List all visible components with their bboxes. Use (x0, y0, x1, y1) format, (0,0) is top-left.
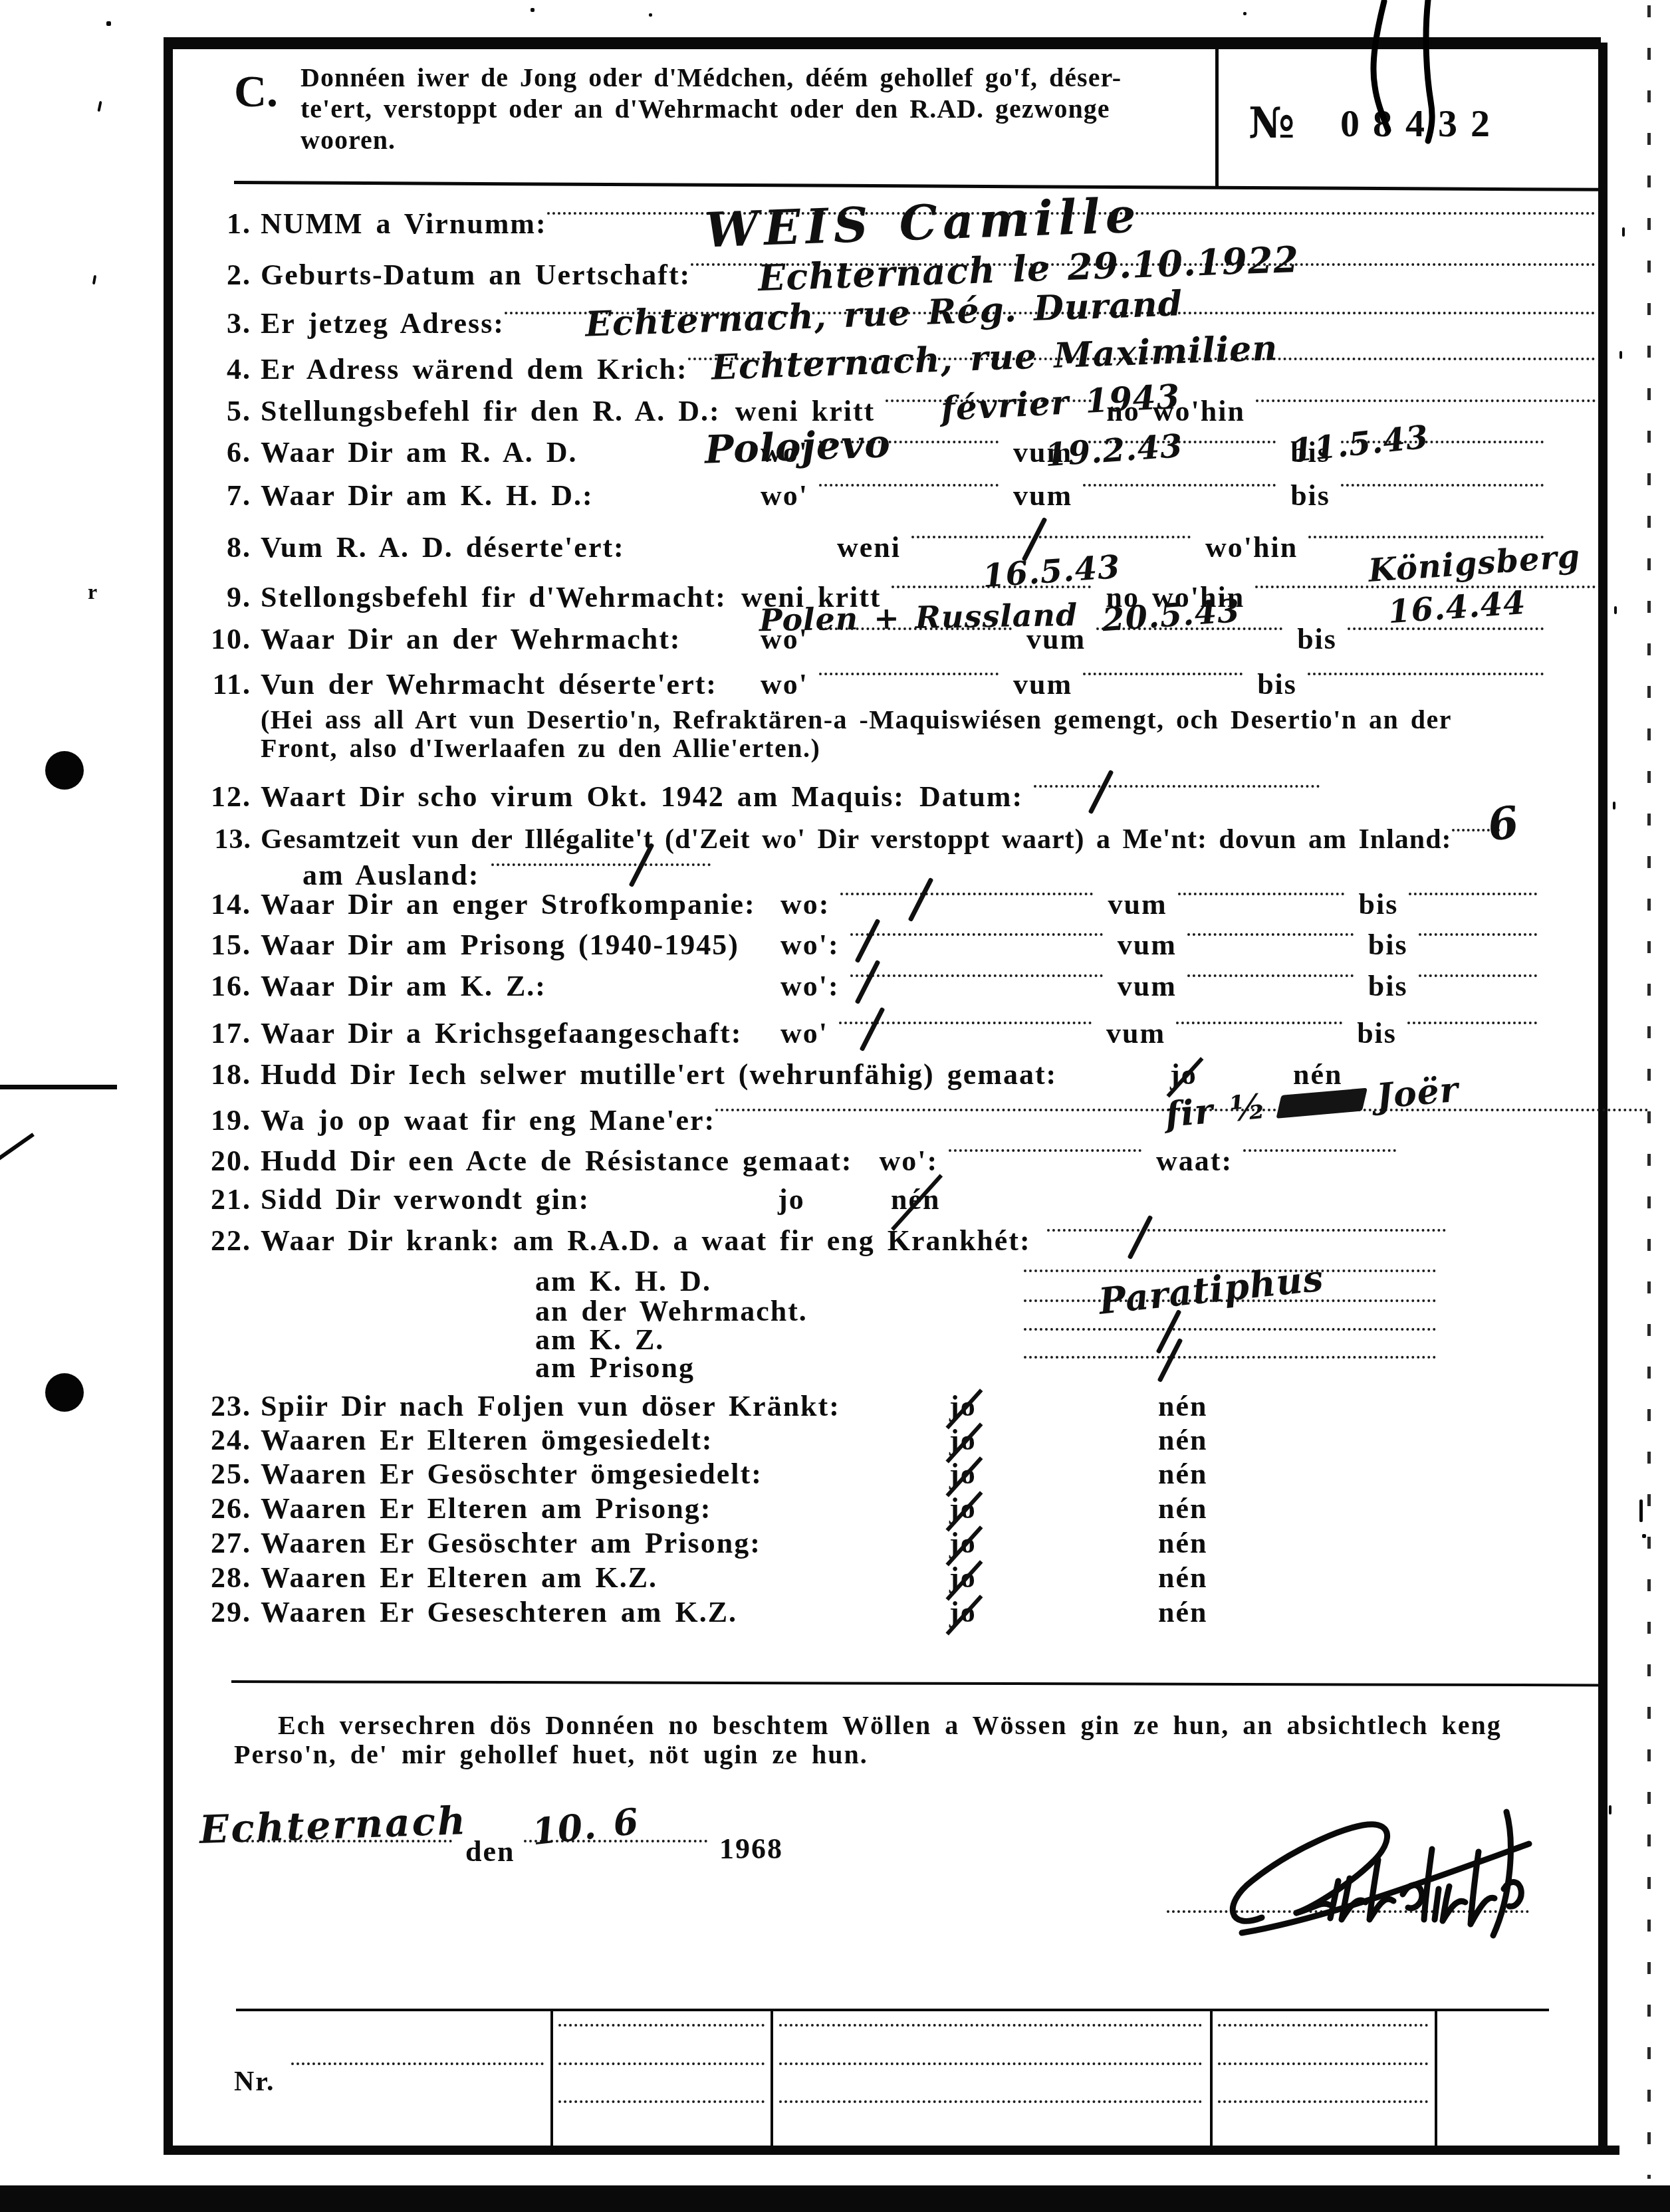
row-number: 23. (199, 1389, 251, 1423)
row-number: 20. (199, 1144, 251, 1178)
field-label-wo: wo': (780, 928, 840, 962)
handwriting-date: 10. 6 (530, 1800, 641, 1854)
field-label-bis: bis (1257, 667, 1297, 701)
jo-option-struck: jo (1170, 1057, 1197, 1091)
footer-table-dotline (1218, 2057, 1428, 2065)
hole-punch-top (45, 751, 84, 790)
footer-table-vline-2 (771, 2011, 773, 2147)
blank-line (1308, 530, 1544, 538)
footer-table-dotline (1218, 2019, 1428, 2027)
row-label: NUMM a Virnumm: (261, 207, 547, 241)
header-divider-vertical (1215, 47, 1219, 187)
blank-line (1243, 1144, 1396, 1152)
row-label: Stellungsbefehl fir den R. A. D.: (261, 394, 721, 428)
form-row-23: 23. Spiir Dir nach Foljen vun döser Krän… (199, 1389, 1596, 1423)
field-label-vum: vum (1108, 887, 1167, 921)
row-label: Waaren Er Elteren am Prisong: (261, 1492, 711, 1525)
blank-line (1083, 667, 1243, 675)
field-label-wo: wo' (761, 479, 808, 512)
field-label-wo: wo': (879, 1144, 938, 1178)
jo-option-struck: jo (949, 1526, 977, 1560)
declaration-line2: Perso'n, de' mir gehollef huet, nöt ugin… (234, 1739, 868, 1770)
blank-line (850, 928, 1103, 936)
footer-nr-label: Nr. (234, 2066, 275, 2098)
row-sublabel: am Prisong (535, 1351, 1024, 1384)
field-label-wohin: wo'hin (1205, 530, 1298, 564)
blank-line (491, 858, 711, 866)
nen-option: nén (1158, 1526, 1207, 1560)
nen-option: nén (1158, 1595, 1207, 1629)
scribbled-out-word (1276, 1088, 1368, 1119)
pen-stroke-marks (1350, 0, 1463, 153)
margin-tick (1639, 1499, 1643, 1522)
row-label: Wa jo op waat fir eng Mane'er: (261, 1103, 715, 1137)
frame-right-border (1598, 43, 1608, 2150)
field-label-waat: waat: (1156, 1144, 1233, 1178)
field-label-wo: wo': (780, 969, 840, 1003)
row-number: 22. (199, 1224, 251, 1258)
nen-option: nén (1158, 1389, 1207, 1423)
row-label: Er jetzeg Adress: (261, 306, 505, 340)
field-label-bis: bis (1290, 479, 1330, 512)
blank-line (840, 887, 1093, 895)
row-label: Waar Dir am K. Z.: (261, 969, 766, 1003)
row-label: Sidd Dir verwondt gin: (261, 1182, 590, 1216)
blank-line (1308, 667, 1544, 675)
row-number: 9. (199, 580, 251, 614)
blank-line (1187, 969, 1354, 977)
row-label: Er Adress wärend dem Krich: (261, 352, 688, 386)
row-number: 11. (199, 667, 251, 701)
field-label-wo: wo' (780, 1016, 828, 1050)
row-number: 7. (199, 479, 251, 512)
form-row-22-prisong: am Prisong (535, 1351, 1436, 1384)
row-number: 13. (199, 824, 251, 855)
footer-table-dotline (1218, 2095, 1428, 2103)
nen-option: nén (1158, 1492, 1207, 1525)
field-label-bis: bis (1359, 887, 1399, 921)
header-title: Donnéen iwer de Jong oder d'Médchen, déé… (300, 62, 1191, 156)
row-number: 5. (199, 394, 251, 428)
signature (1222, 1788, 1534, 1941)
margin-tick (1613, 802, 1615, 810)
row-number: 21. (199, 1182, 251, 1216)
speck (106, 21, 111, 26)
blank-line (949, 1144, 1141, 1152)
blank-line (1034, 780, 1320, 788)
field-label-vum: vum (1013, 479, 1072, 512)
blank-line (1419, 969, 1537, 977)
jo-option-struck: jo (949, 1492, 977, 1525)
form-row-7: 7. Waar Dir am K. H. D.: wo' vum bis (199, 479, 1544, 512)
hole-punch-bottom (45, 1373, 84, 1412)
row-number: 2. (199, 258, 251, 292)
row-number: 27. (199, 1526, 251, 1560)
handwriting-place: Echternach (199, 1798, 468, 1852)
row-number: 29. (199, 1595, 251, 1629)
jo-option-struck: jo (949, 1423, 977, 1457)
serial-number-label: № (1249, 98, 1296, 148)
blank-line (911, 530, 1191, 538)
form-row-24: 24. Waaren Er Elteren ömgesiedelt: jo né… (199, 1423, 1596, 1457)
jo-option-struck: jo (949, 1595, 977, 1629)
field-label-bis: bis (1297, 622, 1337, 656)
declaration-separator-line (231, 1680, 1602, 1686)
margin-tick (97, 101, 102, 112)
row-sublabel: am K. H. D. (535, 1264, 1024, 1298)
margin-r-mark: r (88, 580, 98, 604)
row-label: Waart Dir scho virum Okt. 1942 am Maquis… (261, 780, 905, 814)
row-number: 16. (199, 969, 251, 1003)
speck (649, 13, 652, 17)
form-row-21: 21. Sidd Dir verwondt gin: jo nén (199, 1182, 1596, 1216)
blank-line (1341, 479, 1544, 487)
row-label: Vun der Wehrmacht déserte'ert: (261, 667, 746, 701)
row-number: 8. (199, 530, 251, 564)
place-blank-line (241, 1834, 452, 1842)
blank-line (1256, 394, 1596, 402)
field-label-datum: Datum: (919, 780, 1023, 814)
scanned-form-page: C. Donnéen iwer de Jong oder d'Médchen, … (0, 0, 1670, 2212)
row-label: Waar Dir am Prisong (1940-1945) (261, 928, 766, 962)
row-number: 26. (199, 1492, 251, 1525)
form-row-29: 29. Waaren Er Geseschteren am K.Z. jo né… (199, 1595, 1596, 1629)
footer-table-dotline (779, 2057, 1202, 2065)
form-row-13: 13. Gesamtzeit vun der Illégalite't (d'Z… (199, 824, 1596, 855)
nen-option: nén (1158, 1457, 1207, 1491)
row-label: Waar Dir am R. A. D. (261, 435, 746, 469)
footer-table-vline-1 (550, 2011, 553, 2147)
row-label: Hudd Dir een Acte de Résistance gemaat: (261, 1144, 852, 1178)
row-number: 10. (199, 622, 251, 656)
nen-option: nén (1158, 1423, 1207, 1457)
form-row-11: 11. Vun der Wehrmacht déserte'ert: wo' v… (199, 667, 1544, 701)
row-number: 25. (199, 1457, 251, 1491)
blank-line (1024, 1351, 1436, 1359)
field-label-vum: vum (1118, 928, 1177, 962)
field-label-wo: wo' (761, 667, 808, 701)
header-title-line1: Donnéen iwer de Jong oder d'Médchen, déé… (300, 62, 1191, 94)
blank-line (1409, 887, 1537, 895)
footer-table-vline-3 (1210, 2011, 1213, 2147)
field-label-bis: bis (1368, 928, 1408, 962)
row-number: 12. (199, 780, 251, 814)
row-number: 24. (199, 1423, 251, 1457)
row-label: Waaren Er Gesöschter am Prisong: (261, 1526, 761, 1560)
field-label-wo: wo: (780, 887, 830, 921)
row-number: 4. (199, 352, 251, 386)
margin-tick (92, 275, 96, 284)
row-number: 18. (199, 1057, 251, 1091)
frame-left-border (164, 37, 173, 2152)
form-row-20: 20. Hudd Dir een Acte de Résistance gema… (199, 1144, 1596, 1178)
field-label-bis: bis (1357, 1016, 1397, 1050)
row-11-note-line2: Front, also d'Iwerlaafen zu den Allie'er… (261, 732, 820, 764)
footer-table-dotline (558, 2019, 765, 2027)
field-label-weni: weni (837, 530, 901, 564)
row-number: 19. (199, 1103, 251, 1137)
blank-line (1024, 1323, 1436, 1331)
left-margin-line (0, 1085, 117, 1089)
blank-line (1419, 928, 1537, 936)
row-label: Vum R. A. D. déserte'ert: (261, 530, 822, 564)
declaration-line1: Ech versechren dös Donnéen no beschtem W… (278, 1710, 1502, 1741)
row-label: Waar Dir an enger Strofkompanie: (261, 887, 766, 921)
jo-option-struck: jo (949, 1389, 977, 1423)
margin-tick (1614, 606, 1617, 614)
row-label: Waar Dir am K. H. D.: (261, 479, 746, 512)
row-label: Spiir Dir nach Foljen vun döser Kränkt: (261, 1389, 840, 1423)
form-row-26: 26. Waaren Er Elteren am Prisong: jo nén (199, 1492, 1596, 1525)
margin-tick (1609, 1805, 1611, 1815)
footer-table-dotline (558, 2057, 765, 2065)
scan-right-edge-artifact (1647, 5, 1651, 2179)
row-label: Waaren Er Elteren ömgesiedelt: (261, 1423, 713, 1457)
row-label: Waaren Er Geseschteren am K.Z. (261, 1595, 737, 1629)
blank-line (1047, 1224, 1446, 1232)
field-label-vum: vum (1118, 969, 1177, 1003)
blank-line (1083, 479, 1276, 487)
nen-option-struck: nén (891, 1182, 940, 1216)
row-number: 1. (199, 207, 251, 241)
row-label: Waar Dir krank: am R.A.D. a waat fir eng… (261, 1224, 1031, 1258)
form-row-27: 27. Waaren Er Gesöschter am Prisong: jo … (199, 1526, 1596, 1560)
jo-option-struck: jo (949, 1457, 977, 1491)
nen-option: nén (1158, 1561, 1207, 1595)
jo-option-struck: jo (949, 1561, 977, 1595)
form-row-8: 8. Vum R. A. D. déserte'ert: weni wo'hin (199, 530, 1544, 564)
row-number: 14. (199, 887, 251, 921)
footer-table-vline-4 (1435, 2011, 1437, 2147)
header-title-line2: te'ert, verstoppt oder an d'Wehrmacht od… (300, 94, 1191, 125)
footer-table-dotline (779, 2095, 1202, 2103)
row-label: Waar Dir a Krichsgefaangeschaft: (261, 1016, 766, 1050)
form-row-14: 14. Waar Dir an enger Strofkompanie: wo:… (199, 887, 1537, 921)
row-label: Waaren Er Gesöschter ömgesiedelt: (261, 1457, 763, 1491)
scan-bottom-edge (0, 2185, 1670, 2212)
row-number: 28. (199, 1561, 251, 1595)
den-label: den (465, 1834, 515, 1868)
blank-line (1178, 887, 1344, 895)
row-number: 3. (199, 306, 251, 340)
row-11-note-line1: (Hei ass all Art vun Desertio'n, Refrakt… (261, 704, 1452, 735)
row-number: 17. (199, 1016, 251, 1050)
handwriting-rad-place: Polojevo (704, 421, 892, 473)
header-title-line3: wooren. (300, 125, 1191, 156)
footer-table-dotline (779, 2019, 1202, 2027)
form-row-12: 12. Waart Dir scho virum Okt. 1942 am Ma… (199, 780, 1596, 814)
handwriting-row19-post: Joër (1375, 1069, 1461, 1117)
blank-line (819, 479, 999, 487)
row-label: Hudd Dir Iech selwer mutille'ert (wehrun… (261, 1057, 1057, 1091)
footer-nr-dotline (291, 2057, 544, 2065)
left-margin-diagonal (0, 1133, 35, 1161)
form-row-25: 25. Waaren Er Gesöschter ömgesiedelt: jo… (199, 1457, 1596, 1491)
margin-tick (1622, 227, 1625, 237)
jo-option: jo (778, 1182, 805, 1216)
field-label-bis: bis (1368, 969, 1408, 1003)
section-letter: C. (234, 65, 278, 118)
frame-bottom-border (164, 2146, 1619, 2155)
row-label: Geburts-Datum an Uertschaft: (261, 258, 691, 292)
row-label: Waar Dir an der Wehrmacht: (261, 622, 746, 656)
year-label: 1968 (719, 1832, 783, 1866)
row-number: 15. (199, 928, 251, 962)
header-separator-line (234, 181, 1604, 191)
field-label-vum: vum (1013, 667, 1072, 701)
row-number: 6. (199, 435, 251, 469)
blank-line (850, 969, 1103, 977)
blank-line (1187, 928, 1354, 936)
margin-tick (1619, 351, 1622, 359)
row-label: Waaren Er Elteren am K.Z. (261, 1561, 657, 1595)
footer-table-top-line (236, 2009, 1549, 2011)
field-label-vum: vum (1106, 1016, 1165, 1050)
form-row-22: 22. Waar Dir krank: am R.A.D. a waat fir… (199, 1224, 1596, 1258)
handwriting-wehrmacht-place: Polen + Russland (759, 597, 1078, 638)
row-label: Gesamtzeit vun der Illégalite't (d'Zeit … (261, 824, 1452, 855)
row-label: Stellongsbefehl fir d'Wehrmacht: (261, 580, 727, 614)
speck (531, 8, 535, 12)
footer-table-dotline (558, 2095, 765, 2103)
blank-line (819, 667, 999, 675)
form-row-28: 28. Waaren Er Elteren am K.Z. jo nén (199, 1561, 1596, 1595)
speck (1642, 1534, 1646, 1538)
blank-line (1176, 1016, 1342, 1024)
blank-line (1407, 1016, 1537, 1024)
speck (1243, 12, 1247, 15)
